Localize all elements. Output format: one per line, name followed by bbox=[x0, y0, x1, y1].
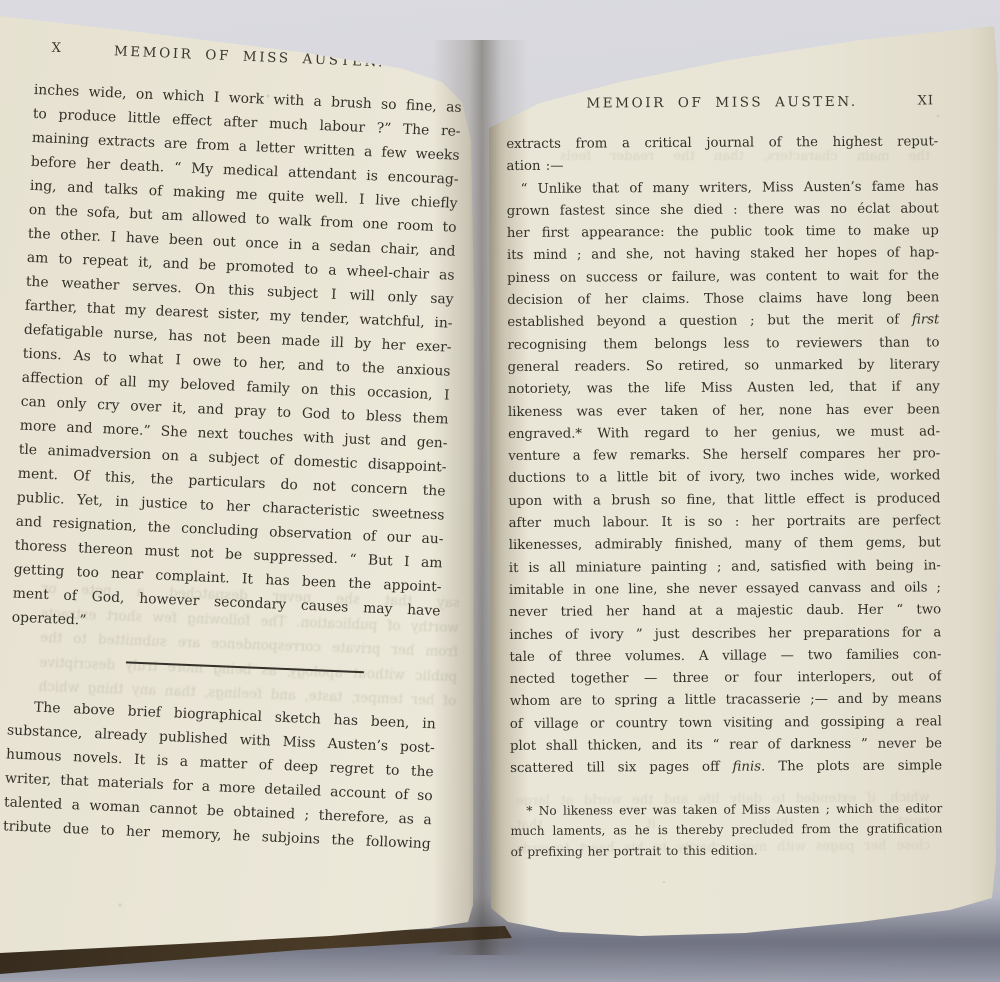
text-line: grown fastest since she died : there was… bbox=[507, 198, 939, 223]
section-divider-rule bbox=[126, 661, 364, 673]
text-line: inches of ivory ” just describes her pre… bbox=[509, 622, 941, 647]
text-line: plot shall thicken, and its “ rear of da… bbox=[510, 733, 942, 758]
text-line: extracts from a critical journal of the … bbox=[506, 131, 938, 156]
text-line: venture a few remarks. She herself compa… bbox=[508, 444, 940, 469]
text-line: whom are to spring a little tracasserie … bbox=[510, 689, 942, 714]
text-line: nected together — three or four interlop… bbox=[510, 666, 942, 691]
right-page-text: MEMOIR OF MISS AUSTEN. XI extracts from … bbox=[506, 93, 943, 862]
left-page-text: X MEMOIR OF MISS AUSTEN. inches wide, on… bbox=[3, 40, 464, 856]
text-line: imitable in one line, she never essayed … bbox=[509, 577, 941, 602]
text-line: of prefixing her portrait to this editio… bbox=[511, 839, 943, 862]
text-line: “ Unlike that of many writers, Miss Aust… bbox=[507, 176, 939, 201]
text-line: likeness was ever taken of her, none has… bbox=[508, 399, 940, 424]
text-line: piness on success or failure, was conten… bbox=[507, 265, 939, 290]
text-line: after much labour. It is so : her portra… bbox=[509, 510, 941, 535]
text-line: never tried her hand at a majestic daub.… bbox=[509, 600, 941, 625]
memoir-extracts-paragraph: inches wide, on which I work with a brus… bbox=[11, 78, 462, 647]
photograph-open-book: say that she never despatched a note orw… bbox=[0, 0, 1000, 982]
text-line: her first appearance: the public took ti… bbox=[507, 221, 939, 246]
editor-note-paragraph: The above brief biographical sketch has … bbox=[3, 694, 437, 856]
text-line: * No likeness ever was taken of Miss Aus… bbox=[510, 798, 942, 821]
text-line: likenesses, admirably finished, many of … bbox=[509, 533, 941, 558]
footnote: * No likeness ever was taken of Miss Aus… bbox=[510, 798, 942, 862]
running-title-right: MEMOIR OF MISS AUSTEN. bbox=[506, 93, 938, 112]
text-line: scattered till six pages off finis. The … bbox=[510, 756, 942, 781]
text-line: of village or country town visiting and … bbox=[510, 711, 942, 736]
text-line: its mind ; and she, not having staked he… bbox=[507, 243, 939, 268]
text-line: tale of three volumes. A village — two f… bbox=[509, 644, 941, 669]
text-line: general readers. So retired, so unmarked… bbox=[508, 354, 940, 379]
page-number-left: X bbox=[51, 41, 62, 56]
text-line: engraved.* With regard to her genius, we… bbox=[508, 421, 940, 446]
text-line: established beyond a question ; but the … bbox=[507, 310, 939, 335]
intro-paragraph: extracts from a critical journal of the … bbox=[506, 131, 938, 178]
text-line: ation :— bbox=[506, 154, 938, 179]
critical-journal-quote: “ Unlike that of many writers, Miss Aust… bbox=[507, 176, 943, 781]
running-head-right: MEMOIR OF MISS AUSTEN. XI bbox=[506, 93, 938, 118]
text-line: recognising them belongs less to reviewe… bbox=[507, 332, 939, 357]
text-line: it is all miniature painting ; and, sati… bbox=[509, 555, 941, 580]
text-line: much laments, as he is thereby precluded… bbox=[510, 818, 942, 841]
text-line: notoriety, was the life Miss Austen led,… bbox=[508, 377, 940, 402]
text-line: upon with a brush so fine, that little e… bbox=[508, 488, 940, 513]
page-number-right: XI bbox=[918, 93, 934, 108]
text-line: decision of her claims. Those claims hav… bbox=[507, 287, 939, 312]
text-line: ductions to a little bit of ivory, two i… bbox=[508, 466, 940, 491]
